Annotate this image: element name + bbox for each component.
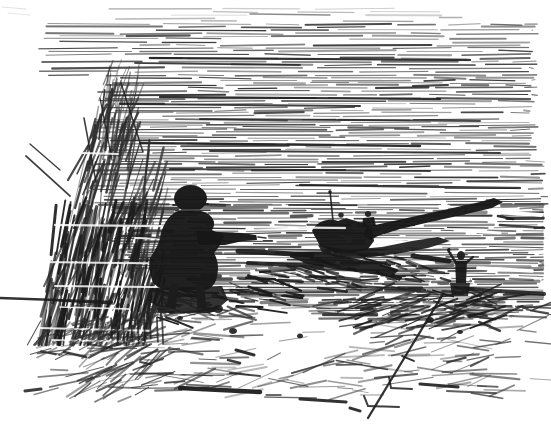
beach-stroke [292, 361, 334, 373]
driftwood-stick [520, 330, 536, 332]
sky-stroke [445, 167, 510, 168]
beach-stroke [370, 342, 384, 343]
sky-stroke [369, 125, 446, 126]
sky-stroke [221, 45, 305, 46]
sky-stroke [46, 33, 113, 34]
sky-stroke [272, 36, 363, 37]
beach-stroke [132, 385, 158, 388]
corner-smudge [2, 7, 26, 9]
sky-stroke [199, 164, 254, 165]
water-stroke [425, 225, 494, 226]
sky-stroke [200, 77, 251, 79]
water-stroke [466, 266, 531, 267]
beach-stroke [526, 341, 551, 344]
bank-fence-stroke [144, 315, 145, 342]
sky-stroke [243, 127, 330, 128]
protruding-stick [26, 156, 70, 196]
sky-stroke [435, 78, 466, 79]
sky-stroke [499, 50, 532, 51]
sky-stroke [413, 119, 499, 120]
boat-crew-figure [362, 217, 376, 227]
protruding-stick [30, 144, 60, 170]
sky-stroke [135, 71, 197, 72]
sky-stroke [236, 94, 336, 95]
sky-stroke [413, 161, 469, 162]
scratch-highlight [45, 152, 118, 154]
sky-stroke [511, 113, 529, 114]
shore-stroke [391, 276, 405, 277]
water-dark-smear [498, 216, 513, 219]
water-stroke [489, 246, 543, 247]
sky-stroke [48, 24, 150, 25]
sky-stroke [306, 24, 392, 25]
sky-stroke [177, 112, 249, 113]
bank-fence-stroke [123, 315, 124, 343]
sky-stroke [413, 85, 448, 86]
sky-stroke [112, 95, 226, 96]
beach-stroke [530, 379, 551, 382]
sky-stroke [318, 27, 365, 28]
water-stroke [282, 308, 310, 309]
sky-stroke [389, 101, 491, 102]
sky-stroke [510, 129, 529, 130]
sky-stroke [455, 138, 531, 139]
sky-stroke [218, 48, 253, 49]
sky-stroke [317, 193, 427, 194]
beach-stroke [268, 353, 281, 360]
sky-stroke [513, 61, 536, 62]
beach-stroke [474, 342, 511, 348]
sky-stroke [468, 182, 542, 183]
sky-stroke [436, 72, 529, 73]
beach-left-stroke [118, 397, 130, 402]
driftwood-stick [228, 360, 240, 363]
sky-stroke [177, 45, 205, 46]
beach-stroke [251, 322, 290, 324]
sky-stroke [298, 12, 354, 13]
beach-debris [297, 334, 303, 339]
sky-stroke [524, 110, 530, 111]
water-stroke [400, 210, 424, 211]
sky-stroke [489, 127, 538, 128]
bank-fence-stroke [131, 315, 132, 341]
sky-stroke [360, 137, 445, 138]
sky-stroke [164, 24, 251, 25]
sky-stroke [341, 180, 460, 181]
water-stroke [254, 244, 291, 245]
boat-crew-head [365, 211, 371, 217]
sky-stroke [414, 75, 485, 76]
beach-stroke [526, 310, 548, 314]
soldier-leg [200, 288, 202, 309]
shore-stroke [258, 309, 287, 313]
beach-stroke [155, 390, 181, 391]
sky-stroke [225, 122, 341, 123]
beach-stroke [489, 326, 522, 328]
beach-stroke [328, 381, 362, 386]
water-stroke [520, 207, 543, 208]
sky-stroke [214, 12, 258, 13]
ink-illustration [0, 0, 551, 424]
sky-stroke [480, 58, 529, 59]
sky-stroke [116, 18, 215, 19]
driftwood-stick [25, 389, 41, 391]
driftwood-stick [140, 362, 150, 364]
shore-stroke [222, 289, 249, 290]
beach-dark-stroke [411, 306, 423, 307]
sky-stroke [391, 199, 476, 200]
water-stroke [261, 302, 306, 303]
sky-stroke [376, 87, 428, 88]
sky-stroke [470, 80, 515, 81]
beach-stroke [303, 332, 325, 333]
sky-stroke [532, 95, 537, 96]
sky-stroke [153, 152, 187, 153]
sky-stroke [499, 101, 534, 102]
sky-stroke [529, 189, 543, 190]
sky-stroke [410, 103, 475, 104]
sky-stroke [439, 122, 530, 123]
sky-stroke [506, 85, 531, 86]
soldier-helmet [174, 185, 207, 212]
wader-hand [447, 248, 450, 251]
beach-stroke [165, 381, 185, 383]
sky-stroke [207, 33, 283, 34]
sky-stroke [247, 182, 310, 183]
wader-body [455, 261, 467, 283]
sky-stroke [188, 87, 223, 88]
water-stroke [466, 250, 508, 251]
beach-stroke [51, 370, 68, 371]
beach-stroke [265, 397, 317, 398]
sky-stroke [445, 192, 539, 193]
beach-stroke [230, 335, 262, 336]
sky-stroke [430, 94, 465, 95]
sky-stroke [360, 71, 428, 72]
wader-head [457, 251, 465, 260]
sky-stroke [442, 107, 531, 108]
sky-stroke [336, 129, 383, 130]
water-stroke [476, 281, 539, 282]
sky-stroke [263, 77, 327, 78]
sky-stroke [286, 149, 381, 150]
water-stroke [247, 231, 307, 232]
sky-stroke [530, 68, 534, 69]
sky-stroke [387, 149, 470, 150]
beach-debris [457, 330, 463, 334]
sky-stroke [437, 98, 530, 99]
bank-fence-stroke [111, 318, 112, 339]
water-stroke [511, 250, 543, 251]
beach-stroke [109, 387, 141, 388]
sky-stroke [127, 36, 190, 37]
beach-stroke [191, 363, 239, 364]
sky-stroke [39, 48, 117, 49]
sky-stroke [373, 36, 444, 37]
sky-stroke [235, 107, 287, 108]
sky-stroke [166, 38, 221, 39]
sky-dark-streak [120, 104, 360, 106]
sky-stroke [179, 26, 225, 27]
beach-stroke [169, 351, 219, 352]
sky-stroke [407, 183, 452, 184]
beach-debris [229, 328, 237, 334]
water-stroke [291, 216, 312, 217]
corner-smudge [8, 13, 30, 15]
beach-stroke [279, 337, 307, 341]
rifle-barrel [258, 237, 266, 238]
water-stroke [206, 225, 269, 226]
sky-stroke [208, 71, 281, 72]
shore-stroke [326, 283, 338, 284]
beach-stroke [338, 388, 353, 389]
sky-stroke [462, 54, 530, 55]
sky-stroke [412, 144, 450, 145]
sky-stroke [418, 135, 496, 136]
beach-stroke [220, 357, 248, 358]
sky-stroke [220, 202, 340, 203]
bank-fence-stroke [138, 317, 139, 344]
sky-stroke [466, 164, 542, 165]
sky-stroke [343, 116, 437, 117]
sky-stroke [132, 48, 213, 49]
beach-debris [177, 316, 183, 320]
sky-stroke [236, 155, 281, 156]
beach-stroke [199, 359, 216, 360]
sky-stroke [119, 158, 193, 159]
water-stroke [499, 273, 544, 274]
sky-stroke [265, 54, 310, 55]
reed-core-stroke [51, 205, 56, 254]
shore-stroke [428, 273, 449, 274]
sky-stroke [253, 140, 288, 141]
scratch-highlight [60, 307, 130, 309]
bank-fence-stroke [117, 315, 118, 343]
water-stroke [495, 238, 514, 239]
sky-stroke [491, 24, 522, 25]
sky-stroke [457, 34, 538, 35]
water-stroke [358, 207, 438, 208]
boat-deck-fitting [338, 212, 344, 217]
water-stroke [448, 228, 488, 229]
sky-stroke [255, 110, 312, 111]
sky-stroke [120, 182, 186, 183]
sky-stroke [93, 189, 123, 190]
sky-stroke [525, 87, 537, 88]
water-stroke [502, 205, 543, 206]
sky-stroke [472, 61, 498, 62]
driftwood-stick [480, 340, 500, 342]
sky-stroke [279, 50, 396, 51]
helmet-brim [173, 204, 208, 205]
bank-fence-stroke [157, 318, 158, 342]
sky-stroke [424, 80, 455, 81]
soldier-leg [171, 288, 174, 309]
sky-stroke [349, 132, 423, 133]
sky-stroke [202, 153, 267, 154]
sky-stroke [494, 146, 535, 147]
sky-dark-streak [300, 185, 520, 188]
sky-stroke [305, 107, 355, 108]
sky-stroke [49, 75, 89, 76]
sky-stroke [198, 91, 228, 92]
sky-stroke [466, 143, 529, 144]
sky-stroke [437, 45, 520, 46]
sky-stroke [331, 110, 363, 111]
sky-stroke [163, 137, 236, 138]
sky-stroke [163, 115, 254, 116]
beach-stroke [510, 316, 546, 317]
sky-stroke [395, 129, 446, 130]
sky-stroke [113, 82, 201, 83]
sky-stroke [411, 33, 440, 34]
sky-stroke [380, 94, 412, 95]
water-stroke [485, 257, 525, 258]
sky-stroke [325, 65, 372, 66]
illustration-canvas [0, 0, 551, 424]
water-stroke [540, 262, 543, 263]
sky-stroke [120, 33, 201, 34]
sky-stroke [52, 67, 164, 68]
beach-stroke [472, 373, 516, 374]
sky-dark-streak [250, 14, 330, 15]
beach-debris [213, 305, 223, 313]
water-stroke [539, 254, 543, 255]
driftwood-stick [350, 408, 360, 411]
sky-stroke [393, 48, 451, 49]
sky-stroke [526, 161, 545, 162]
driftwood-stick [180, 388, 260, 392]
sky-stroke [178, 75, 223, 76]
sky-stroke [314, 45, 432, 46]
sky-stroke [60, 41, 147, 42]
sky-stroke [121, 78, 192, 79]
driftwood-stick [300, 399, 346, 402]
sky-stroke [46, 54, 111, 55]
sky-stroke [532, 80, 535, 81]
beach-stroke [371, 367, 413, 373]
sky-stroke [172, 101, 265, 102]
water-stroke [385, 281, 429, 282]
sky-stroke [354, 155, 465, 156]
beach-stroke [375, 374, 417, 378]
sky-stroke [531, 174, 544, 175]
sky-stroke [267, 24, 299, 25]
sky-stroke [457, 91, 531, 92]
sky-dark-streak [135, 63, 300, 65]
sky-stroke [236, 192, 303, 193]
shore-stroke [361, 279, 379, 281]
sky-stroke [449, 24, 480, 25]
sky-stroke [430, 196, 524, 197]
beach-stroke [253, 382, 272, 388]
beach-stroke [495, 357, 520, 358]
sky-stroke [42, 61, 142, 62]
water-stroke [275, 225, 305, 226]
beach-stroke [337, 364, 362, 365]
beach-stroke [329, 389, 365, 400]
sky-stroke [400, 166, 430, 167]
sky-stroke [467, 181, 542, 182]
sky-stroke [460, 125, 535, 126]
sky-stroke [322, 166, 387, 167]
sky-stroke [201, 185, 280, 186]
sky-stroke [215, 110, 246, 111]
water-stroke [230, 276, 301, 277]
sky-stroke [340, 135, 399, 136]
sky-stroke [156, 30, 265, 31]
water-stroke [542, 280, 543, 281]
sky-stroke [501, 177, 539, 178]
beach-stroke [224, 321, 252, 329]
sky-stroke [315, 8, 394, 9]
sky-stroke [255, 112, 304, 113]
beach-stroke [471, 393, 502, 398]
bank-fence-stroke [150, 317, 151, 339]
sky-stroke [476, 150, 536, 151]
water-stroke [519, 276, 543, 277]
sky-stroke [342, 199, 381, 200]
mast-pennant [328, 190, 332, 194]
beach-stroke [38, 373, 88, 377]
bank-fence-stroke [162, 317, 163, 344]
sky-stroke [164, 161, 215, 162]
